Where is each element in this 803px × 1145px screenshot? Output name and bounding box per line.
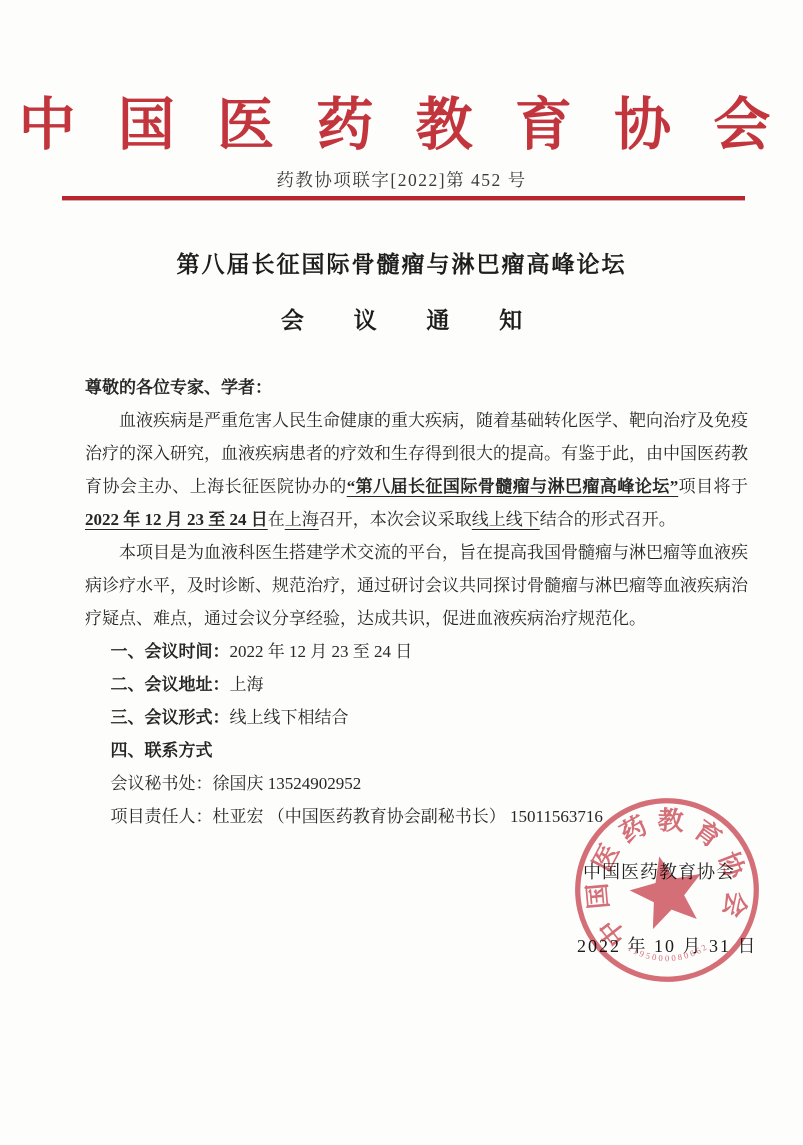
text-segment: 项目将于 — [678, 477, 748, 496]
detail-label: 二、会议地址： — [111, 675, 230, 694]
text-segment: 召开，本次会议采取 — [319, 510, 472, 529]
detail-meeting-address: 二、会议地址：上海 — [85, 668, 748, 701]
detail-label: 一、会议时间： — [111, 642, 230, 661]
detail-value: 线上线下相结合 — [230, 708, 349, 727]
text-segment: 线上线下 — [472, 510, 540, 529]
contact-project-lead: 项目责任人：杜亚宏 （中国医药教育协会副秘书长） 15011563716 — [85, 800, 748, 833]
svg-text:国: 国 — [583, 882, 614, 910]
text-segment: 上海 — [285, 510, 319, 529]
forum-title: 第八届长征国际骨髓瘤与淋巴瘤高峰论坛 — [0, 246, 803, 279]
body-content: 尊敬的各位专家、学者： 血液疾病是严重危害人民生命健康的重大疾病，随着基础转化医… — [85, 371, 748, 833]
letterhead-divider-rule — [62, 196, 745, 200]
signature-date: 2022 年 10 月 31 日 — [577, 932, 758, 958]
paragraph-1: 血液疾病是严重危害人民生命健康的重大疾病，随着基础转化医学、靶向治疗及免疫治疗的… — [85, 404, 748, 536]
salutation: 尊敬的各位专家、学者： — [85, 371, 748, 404]
text-segment: “第八届长征国际骨髓瘤与淋巴瘤高峰论坛” — [347, 477, 679, 496]
document-number: 药教协项联字[2022]第 452 号 — [0, 167, 803, 192]
svg-text:会: 会 — [718, 889, 752, 920]
detail-meeting-format: 三、会议形式：线上线下相结合 — [85, 701, 748, 734]
detail-label: 四、联系方式 — [111, 741, 213, 760]
document-page: 中 国 医 药 教 育 协 会 药教协项联字[2022]第 452 号 第八届长… — [0, 0, 803, 1145]
text-segment: 结合的形式召开。 — [540, 510, 676, 529]
signature-org-name: 中国医药教育协会 — [583, 858, 735, 884]
letterhead-org-title: 中 国 医 药 教 育 协 会 — [0, 0, 803, 159]
detail-contact-heading: 四、联系方式 — [85, 734, 748, 767]
detail-value: 2022 年 12 月 23 至 24 日 — [230, 642, 413, 661]
notice-title: 会 议 通 知 — [0, 302, 803, 335]
text-segment: 在 — [268, 510, 285, 529]
contact-secretariat: 会议秘书处：徐国庆 13524902952 — [85, 767, 748, 800]
detail-value: 上海 — [230, 675, 264, 694]
detail-meeting-time: 一、会议时间：2022 年 12 月 23 至 24 日 — [85, 635, 748, 668]
paragraph-2: 本项目是为血液科医生搭建学术交流的平台，旨在提高我国骨髓瘤与淋巴瘤等血液疾病诊疗… — [85, 536, 748, 635]
detail-label: 三、会议形式： — [111, 708, 230, 727]
text-segment: 2022 年 12 月 23 至 24 日 — [85, 510, 268, 529]
